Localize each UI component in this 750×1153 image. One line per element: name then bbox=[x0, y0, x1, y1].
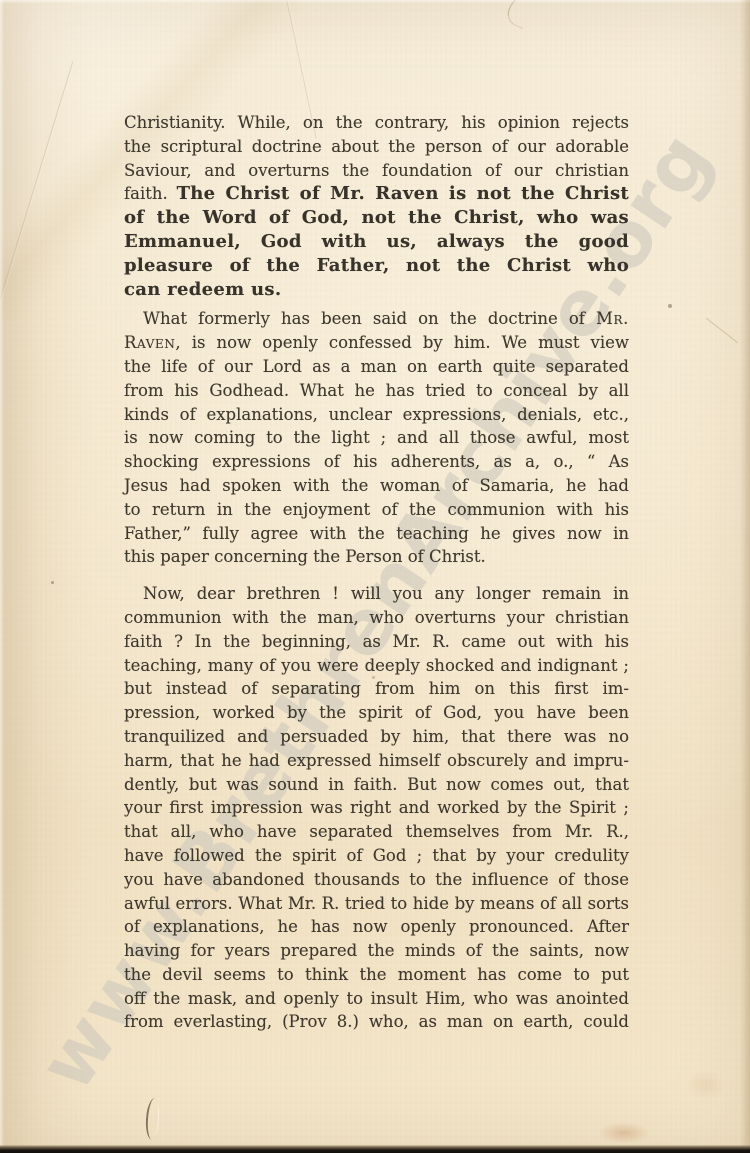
text-line: pression, worked by the spirit of God, y… bbox=[124, 701, 629, 725]
body-text: your first impression was right and work… bbox=[124, 798, 629, 817]
page-top-edge bbox=[0, 0, 750, 4]
body-text: Saviour, and overturns the foundation of… bbox=[124, 161, 629, 180]
text-line: this paper concerning the Person of Chri… bbox=[124, 545, 629, 569]
body-text: , is now openly confessed by him. We mus… bbox=[175, 333, 629, 352]
text-block: Christianity. While, on the contrary, hi… bbox=[124, 111, 629, 1034]
text-line: tranquilized and persuaded by him, that … bbox=[124, 725, 629, 749]
body-text: that all, who have separated themselves … bbox=[124, 822, 629, 841]
body-text: Now, dear brethren ! will you any longer… bbox=[143, 584, 629, 603]
paper-speck bbox=[668, 304, 672, 308]
text-line: of explanations, he has now openly prono… bbox=[124, 915, 629, 939]
text-line: kinds of explanations, unclear expressio… bbox=[124, 403, 629, 427]
text-line: Jesus had spoken with the woman of Samar… bbox=[124, 474, 629, 498]
body-text: the devil seems to think the moment has … bbox=[124, 965, 629, 984]
body-text: Christianity. While, on the contrary, hi… bbox=[124, 113, 629, 132]
text-line: harm, that he had expressed himself obsc… bbox=[124, 749, 629, 773]
paragraph: Christianity. While, on the contrary, hi… bbox=[124, 111, 629, 301]
text-line: teaching, many of you were deeply shocke… bbox=[124, 654, 629, 678]
text-line: that all, who have separated themselves … bbox=[124, 820, 629, 844]
bold-text: Emmanuel, God with us, always the good bbox=[124, 231, 629, 252]
text-line: your first impression was right and work… bbox=[124, 796, 629, 820]
text-line: dently, but was sound in faith. But now … bbox=[124, 773, 629, 797]
text-line: shocking expressions of his adherents, a… bbox=[124, 450, 629, 474]
body-text: communion with the man, who overturns yo… bbox=[124, 608, 629, 627]
body-text: have followed the spirit of God ; that b… bbox=[124, 846, 629, 865]
page-left-edge-shadow bbox=[0, 0, 95, 1153]
text-line: but instead of separating from him on th… bbox=[124, 677, 629, 701]
body-text: dently, but was sound in faith. But now … bbox=[124, 775, 629, 794]
text-line: faith ? In the beginning, as Mr. R. came… bbox=[124, 630, 629, 654]
text-line: having for years prepared the minds of t… bbox=[124, 939, 629, 963]
body-text: of explanations, he has now openly prono… bbox=[124, 917, 629, 936]
text-line: can redeem us. bbox=[124, 278, 629, 302]
body-text: faith ? In the beginning, as Mr. R. came… bbox=[124, 632, 629, 651]
body-text: off the mask, and openly to insult Him, … bbox=[124, 989, 629, 1008]
paper-stain bbox=[598, 1122, 650, 1144]
text-line: from his Godhead. What he has tried to c… bbox=[124, 379, 629, 403]
body-text: pression, worked by the spirit of God, y… bbox=[124, 703, 629, 722]
page-right-edge-shadow bbox=[740, 0, 750, 1153]
body-text: this paper concerning the Person of Chri… bbox=[124, 547, 486, 566]
text-line: faith. The Christ of Mr. Raven is not th… bbox=[124, 182, 629, 206]
body-text: the scriptural doctrine about the person… bbox=[124, 137, 629, 156]
body-text: having for years prepared the minds of t… bbox=[124, 941, 629, 960]
bold-text: can redeem us. bbox=[124, 279, 281, 300]
smallcaps-text: Mr. bbox=[596, 309, 629, 328]
text-line: the devil seems to think the moment has … bbox=[124, 963, 629, 987]
paper-stain bbox=[686, 1070, 726, 1100]
text-line: Now, dear brethren ! will you any longer… bbox=[124, 582, 629, 606]
body-text: awful errors. What Mr. R. tried to hide … bbox=[124, 894, 629, 913]
body-text: What formerly has been said on the doctr… bbox=[143, 309, 596, 328]
body-text: Father,” fully agree with the teaching h… bbox=[124, 524, 629, 543]
text-line: Raven, is now openly confessed by him. W… bbox=[124, 331, 629, 355]
scanned-page: www.BrethrenArchive.org Christianity. Wh… bbox=[0, 0, 750, 1153]
paragraph: What formerly has been said on the doctr… bbox=[124, 307, 629, 569]
text-line: communion with the man, who overturns yo… bbox=[124, 606, 629, 630]
body-text: is now coming to the light ; and all tho… bbox=[124, 428, 629, 447]
body-text: the life of our Lord as a man on earth q… bbox=[124, 357, 629, 376]
text-line: awful errors. What Mr. R. tried to hide … bbox=[124, 892, 629, 916]
body-text: shocking expressions of his adherents, a… bbox=[124, 452, 629, 471]
bold-text: pleasure of the Father, not the Christ w… bbox=[124, 255, 629, 276]
body-text: teaching, many of you were deeply shocke… bbox=[124, 656, 629, 675]
text-line: off the mask, and openly to insult Him, … bbox=[124, 987, 629, 1011]
bold-text: of the Word of God, not the Christ, who … bbox=[124, 207, 629, 228]
paragraph: Now, dear brethren ! will you any longer… bbox=[124, 582, 629, 1034]
scan-bottom-edge bbox=[0, 1145, 750, 1153]
text-line: the life of our Lord as a man on earth q… bbox=[124, 355, 629, 379]
body-text: from everlasting, (Prov 8.) who, as man … bbox=[124, 1012, 629, 1031]
text-line: Saviour, and overturns the foundation of… bbox=[124, 159, 629, 183]
body-text: but instead of separating from him on th… bbox=[124, 679, 629, 698]
body-text: faith. bbox=[124, 184, 177, 203]
text-line: Emmanuel, God with us, always the good bbox=[124, 230, 629, 254]
smallcaps-text: Raven bbox=[124, 333, 175, 352]
text-line: is now coming to the light ; and all tho… bbox=[124, 426, 629, 450]
text-line: Father,” fully agree with the teaching h… bbox=[124, 522, 629, 546]
body-text: to return in the enjoyment of the commun… bbox=[124, 500, 629, 519]
text-line: the scriptural doctrine about the person… bbox=[124, 135, 629, 159]
body-text: Jesus had spoken with the woman of Samar… bbox=[124, 476, 629, 495]
text-line: to return in the enjoyment of the commun… bbox=[124, 498, 629, 522]
text-line: of the Word of God, not the Christ, who … bbox=[124, 206, 629, 230]
body-text: you have abandoned thousands to the infl… bbox=[124, 870, 629, 889]
body-text: kinds of explanations, unclear expressio… bbox=[124, 405, 629, 424]
text-line: pleasure of the Father, not the Christ w… bbox=[124, 254, 629, 278]
body-text: harm, that he had expressed himself obsc… bbox=[124, 751, 629, 770]
text-line: you have abandoned thousands to the infl… bbox=[124, 868, 629, 892]
body-text: tranquilized and persuaded by him, that … bbox=[124, 727, 629, 746]
text-line: Christianity. While, on the contrary, hi… bbox=[124, 111, 629, 135]
bold-text: The Christ of Mr. Raven is not the Chris… bbox=[177, 183, 629, 204]
body-text: from his Godhead. What he has tried to c… bbox=[124, 381, 629, 400]
text-line: from everlasting, (Prov 8.) who, as man … bbox=[124, 1010, 629, 1034]
text-line: What formerly has been said on the doctr… bbox=[124, 307, 629, 331]
page-left-edge-highlight bbox=[0, 0, 4, 1153]
text-line: have followed the spirit of God ; that b… bbox=[124, 844, 629, 868]
